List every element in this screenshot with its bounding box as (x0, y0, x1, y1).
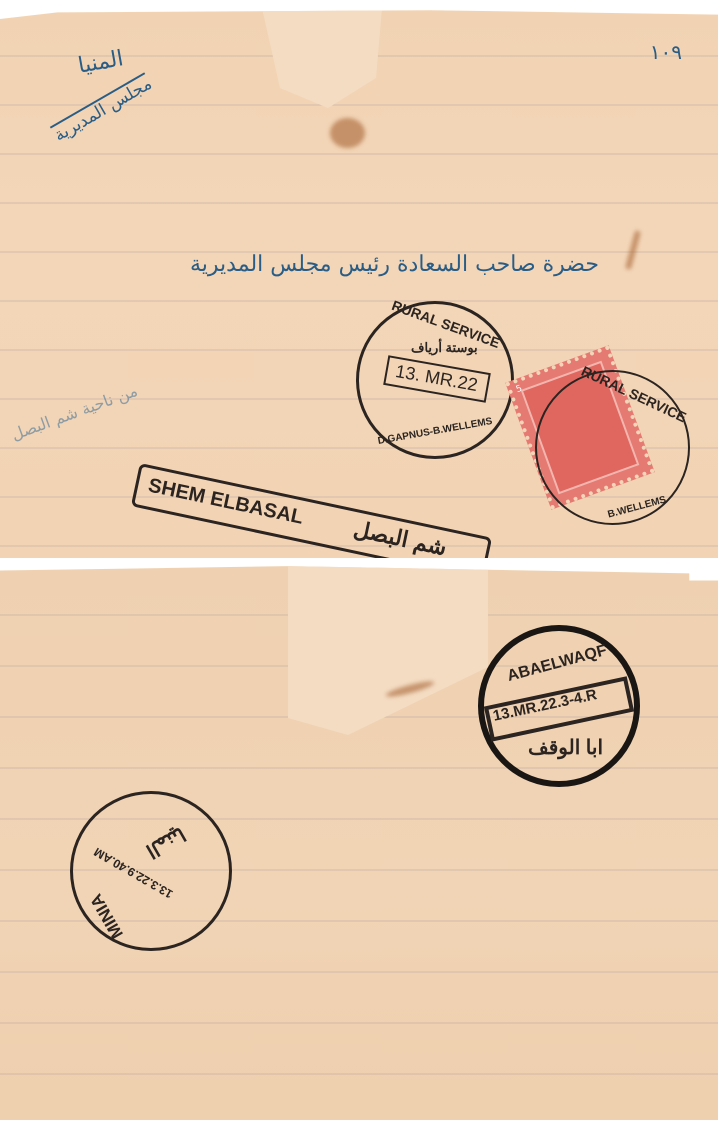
postmark-arabic-text: ابا الوقف (528, 735, 603, 760)
rust-stain (330, 118, 365, 148)
arrival-postmark: ABAELWAQF 13.MR.22.3-4.R ابا الوقف (478, 625, 640, 787)
address-main: حضرة صاحب السعادة رئيس مجلس المديرية (190, 252, 599, 277)
postmark-top-text: ABAELWAQF (505, 642, 608, 686)
envelope-back: ABAELWAQF 13.MR.22.3-4.R ابا الوقف المني… (0, 565, 718, 1120)
postmark-arabic-text: بوستة أرياف (411, 340, 478, 356)
stamp-denomination: 5 (515, 384, 524, 395)
second-postmark: RURAL SERVICE B.WELLEMS (535, 370, 690, 525)
postmark-bottom-text: D.GAPNUS-B.WELLEMS (377, 416, 493, 447)
docket-number: ١٠٩ (650, 40, 682, 64)
postmark-arabic-text: المنيا (142, 821, 190, 863)
rural-service-postmark: RURAL SERVICE بوستة أرياف 13. MR.22 D.GA… (356, 301, 514, 459)
minia-postmark: المنيا 13.3.22.9.40.AM MINIA (70, 791, 232, 951)
envelope-front: ١٠٩ المنيا مجلس المديرية حضرة صاحب السعا… (0, 8, 718, 558)
